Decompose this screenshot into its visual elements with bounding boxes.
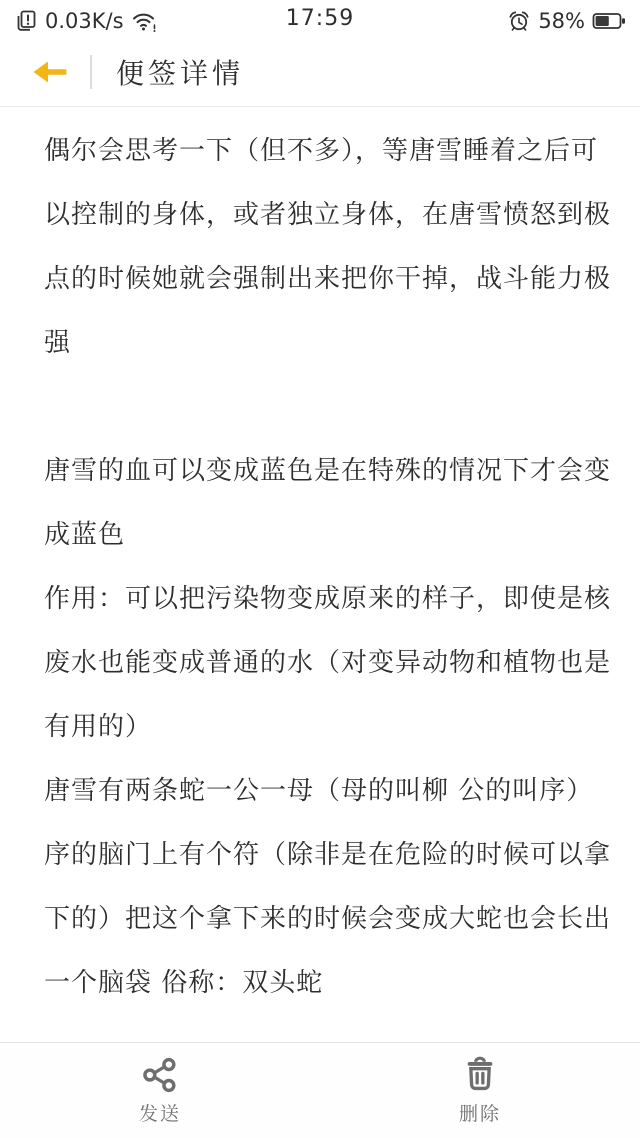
battery-fill [596, 16, 609, 26]
trash-icon [461, 1056, 499, 1094]
note-line: 唐雪的血可以变成蓝色是在特殊的情况下才会变 [44, 436, 598, 500]
note-line: 成蓝色 [44, 500, 598, 564]
clock-time: 17:59 [286, 6, 354, 31]
battery-icon [592, 10, 626, 32]
note-line: 序的脑门上有个符（除非是在危险的时候可以拿 [44, 820, 598, 884]
status-bar-left: 0.03K/s [14, 9, 158, 33]
header: 便签详情 [0, 38, 640, 106]
alarm-clock-icon [507, 9, 531, 33]
header-divider [90, 55, 92, 89]
arrow-left-icon [30, 57, 68, 87]
bottom-toolbar: 发送 删除 [0, 1042, 640, 1138]
note-line: 以控制的身体，或者独立身体，在唐雪愤怒到极 [44, 180, 598, 244]
note-line: 作用：可以把污染物变成原来的样子，即使是核 [44, 564, 598, 628]
wifi-icon [131, 9, 158, 33]
status-bar-right: 58% [507, 9, 626, 33]
note-line [44, 372, 598, 436]
note-line: 唐雪有两条蛇一公一母（母的叫柳 公的叫序） [44, 756, 598, 820]
page-title: 便签详情 [116, 52, 244, 92]
note-line: 下的）把这个拿下来的时候会变成大蛇也会长出 [44, 884, 598, 948]
share-icon [141, 1056, 179, 1094]
send-button[interactable]: 发送 [0, 1043, 320, 1138]
note-line: 一个脑袋 俗称：双头蛇 [44, 948, 598, 1012]
network-speed: 0.03K/s [45, 9, 124, 33]
note-line: 有用的） [44, 692, 598, 756]
back-button[interactable] [30, 57, 68, 87]
battery-percent: 58% [538, 9, 585, 33]
note-line: 偶尔会思考一下（但不多），等唐雪睡着之后可 [44, 116, 598, 180]
note-line: 强 [44, 308, 598, 372]
status-bar: 0.03K/s 17:59 58% [0, 0, 640, 38]
note-line: 废水也能变成普通的水（对变异动物和植物也是 [44, 628, 598, 692]
send-label: 发送 [139, 1099, 181, 1126]
note-line: 点的时候她就会强制出来把你干掉，战斗能力极 [44, 244, 598, 308]
note-content[interactable]: 偶尔会思考一下（但不多），等唐雪睡着之后可以控制的身体，或者独立身体，在唐雪愤怒… [0, 107, 640, 1012]
sim-alert-icon [14, 9, 38, 33]
note-detail-screen: 0.03K/s 17:59 58% [0, 0, 640, 1138]
delete-label: 删除 [459, 1099, 501, 1126]
delete-button[interactable]: 删除 [320, 1043, 640, 1138]
